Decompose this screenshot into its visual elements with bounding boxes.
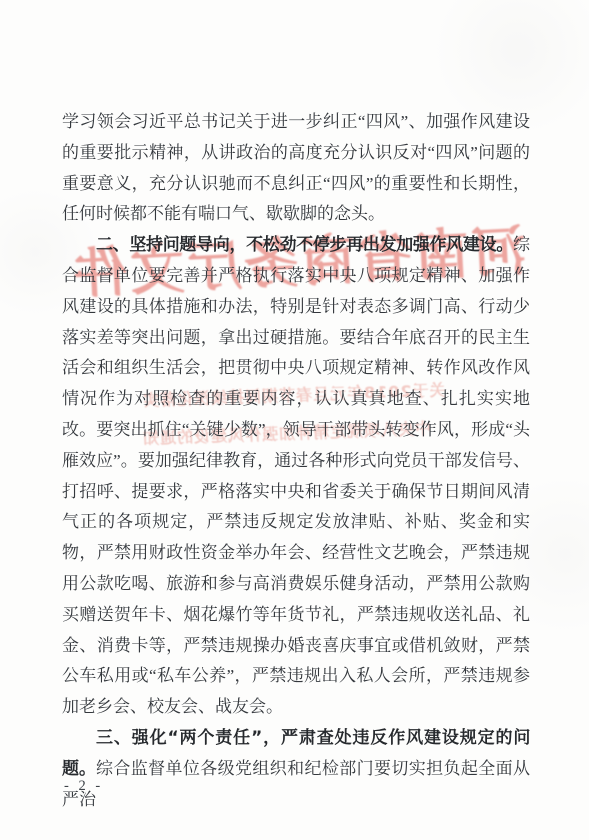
paragraph-body: 学习领会习近平总书记关于进一步纠正“四风”、加强作风建设的重要批示精神，从讲政治… (62, 112, 530, 223)
section-2-heading: 二、坚持问题导向，不松劲不停步再出发加强作风建设。 (96, 235, 513, 255)
document-body-text: 学习领会习近平总书记关于进一步纠正“四风”、加强作风建设的重要批示精神，从讲政治… (62, 107, 530, 815)
paragraph-section-3: 三、强化“两个责任”，严肃查处违反作风建设规定的问题。综合监督单位各级党组织和纪… (62, 723, 530, 815)
paragraph-section-2: 二、坚持问题导向，不松劲不停步再出发加强作风建设。综合监督单位要完善并严格执行落… (62, 230, 530, 723)
paragraph-body: 综合监督单位要完善并严格执行落实中央八项规定精神、加强作风建设的具体措施和办法，… (62, 235, 530, 716)
paragraph-body: 综合监督单位各级党组织和纪检部门要切实担负起全面从严治 (62, 759, 530, 809)
scanned-document-page: 河南省商务厅文件 关于2018年元旦春节期间持续深化落实 中央八项规定精神加强作… (0, 0, 589, 840)
page-number: - 2 - (64, 778, 103, 795)
paragraph-continuation: 学习领会习近平总书记关于进一步纠正“四风”、加强作风建设的重要批示精神，从讲政治… (62, 107, 530, 230)
